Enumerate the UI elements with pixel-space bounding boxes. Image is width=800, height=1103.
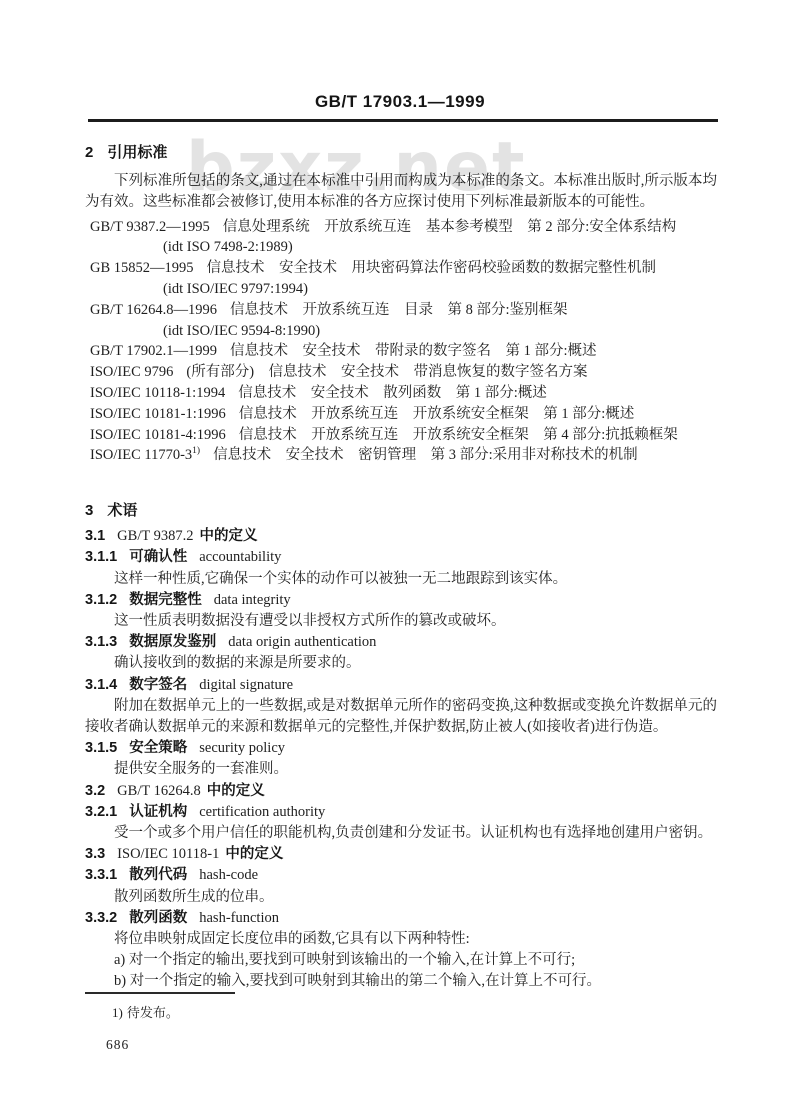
section-2-number: 2 [85, 144, 93, 161]
term-zh: 中的定义 [207, 783, 265, 799]
reference-code: ISO/IEC 9796 [90, 364, 173, 380]
footnote-block: 1)待发布。 [85, 992, 235, 1021]
section-3-heading: 3术语 [85, 500, 717, 521]
term-number: 3.2.1 [85, 804, 117, 820]
term-en: hash-function [199, 910, 279, 926]
reference-title: 信息技术 安全技术 密钥管理 第 3 部分:采用非对称技术的机制 [213, 447, 638, 463]
term-heading: 3.3.2散列函数hash-function [85, 908, 717, 929]
term-definition: 将位串映射成固定长度位串的函数,它具有以下两种特性: [85, 929, 717, 950]
section-2-intro: 下列标准所包括的条文,通过在本标准中引用而构成为本标准的条文。本标准出版时,所示… [85, 171, 717, 213]
term-en: digital signature [199, 677, 293, 693]
reference-code: GB/T 16264.8—1996 [90, 302, 217, 318]
reference-list: GB/T 9387.2—1995信息处理系统 开放系统互连 基本参考模型 第 2… [85, 217, 717, 467]
reference-idt: (idt ISO/IEC 9594-8:1990) [85, 321, 717, 342]
term-zh: 安全策略 [129, 740, 187, 756]
document-page: bzxz.net GB/T 17903.1—1999 2引用标准 下列标准所包括… [0, 0, 800, 1103]
footnote-marker-ref: 1) [192, 447, 200, 457]
term-number: 3.1.2 [85, 592, 117, 608]
reference-title: 信息技术 开放系统互连 开放系统安全框架 第 1 部分:概述 [239, 406, 635, 422]
term-definition: 提供安全服务的一套准则。 [85, 759, 717, 780]
reference-item: ISO/IEC 10181-4:1996信息技术 开放系统互连 开放系统安全框架… [85, 425, 717, 446]
footnote-body: 待发布。 [127, 1005, 179, 1020]
term-number: 3.1 [85, 528, 105, 544]
page-content: 2引用标准 下列标准所包括的条文,通过在本标准中引用而构成为本标准的条文。本标准… [85, 142, 717, 993]
term-heading: 3.3ISO/IEC 10118-1中的定义 [85, 844, 717, 865]
term-zh: 可确认性 [129, 549, 187, 565]
reference-title: 信息技术 开放系统互连 目录 第 8 部分:鉴别框架 [230, 302, 568, 318]
term-number: 3.2 [85, 783, 105, 799]
term-number: 3.1.1 [85, 549, 117, 565]
reference-title: 信息技术 安全技术 用块密码算法作密码校验函数的数据完整性机制 [207, 260, 657, 276]
term-heading: 3.2GB/T 16264.8中的定义 [85, 781, 717, 802]
term-en: data integrity [214, 592, 291, 608]
reference-idt: (idt ISO/IEC 9797:1994) [85, 279, 717, 300]
reference-item: GB/T 17902.1—1999信息技术 安全技术 带附录的数字签名 第 1 … [85, 341, 717, 362]
term-zh: 数字签名 [129, 677, 187, 693]
term-definition: 散列函数所生成的位串。 [85, 887, 717, 908]
reference-item: ISO/IEC 9796(所有部分) 信息技术 安全技术 带消息恢复的数字签名方… [85, 362, 717, 383]
reference-item: ISO/IEC 10118-1:1994信息技术 安全技术 散列函数 第 1 部… [85, 383, 717, 404]
reference-title: 信息技术 安全技术 散列函数 第 1 部分:概述 [238, 385, 547, 401]
footnote-marker: 1) [112, 1005, 123, 1020]
term-zh: 数据完整性 [129, 592, 202, 608]
term-source-code: ISO/IEC 10118-1 [117, 846, 219, 862]
term-source-code: GB/T 16264.8 [117, 783, 201, 799]
term-en: data origin authentication [228, 634, 376, 650]
term-number: 3.3.2 [85, 910, 117, 926]
reference-title: 信息处理系统 开放系统互连 基本参考模型 第 2 部分:安全体系结构 [223, 219, 677, 235]
reference-code: GB/T 9387.2—1995 [90, 219, 210, 235]
reference-item: GB/T 9387.2—1995信息处理系统 开放系统互连 基本参考模型 第 2… [85, 217, 717, 238]
term-heading: 3.1.5安全策略security policy [85, 738, 717, 759]
term-zh: 散列代码 [129, 867, 187, 883]
reference-item: GB 15852—1995信息技术 安全技术 用块密码算法作密码校验函数的数据完… [85, 258, 717, 279]
term-heading: 3.3.1散列代码hash-code [85, 865, 717, 886]
reference-code: GB/T 17902.1—1999 [90, 343, 217, 359]
term-en: hash-code [199, 867, 258, 883]
term-zh: 数据原发鉴别 [129, 634, 216, 650]
term-definition: 确认接收到的数据的来源是所要求的。 [85, 653, 717, 674]
term-definition: a) 对一个指定的输出,要找到可映射到该输出的一个输入,在计算上不可行; [85, 950, 717, 971]
term-heading: 3.1.2数据完整性data integrity [85, 590, 717, 611]
term-definition: b) 对一个指定的输入,要找到可映射到其输出的第二个输入,在计算上不可行。 [85, 971, 717, 992]
reference-title: 信息技术 安全技术 带附录的数字签名 第 1 部分:概述 [230, 343, 597, 359]
section-3-number: 3 [85, 502, 93, 519]
term-zh: 中的定义 [199, 528, 257, 544]
term-source-code: GB/T 9387.2 [117, 528, 193, 544]
term-number: 3.1.4 [85, 677, 117, 693]
term-definition: 附加在数据单元上的一些数据,或是对数据单元所作的密码变换,这种数据或变换允许数据… [85, 696, 717, 738]
term-heading: 3.1.3数据原发鉴别data origin authentication [85, 632, 717, 653]
term-en: accountability [199, 549, 281, 565]
term-number: 3.1.5 [85, 740, 117, 756]
term-definition: 这样一种性质,它确保一个实体的动作可以被独一无二地跟踪到该实体。 [85, 569, 717, 590]
term-zh: 认证机构 [129, 804, 187, 820]
term-number: 3.3 [85, 846, 105, 862]
reference-code: ISO/IEC 10181-1:1996 [90, 406, 226, 422]
term-zh: 中的定义 [225, 846, 283, 862]
reference-title: (所有部分) 信息技术 安全技术 带消息恢复的数字签名方案 [186, 364, 587, 380]
section-3-title: 术语 [107, 501, 137, 519]
reference-title: 信息技术 开放系统互连 开放系统安全框架 第 4 部分:抗抵赖框架 [239, 427, 678, 443]
terms-list: 3.1GB/T 9387.2中的定义3.1.1可确认性accountabilit… [85, 526, 717, 992]
reference-item: ISO/IEC 11770-31)信息技术 安全技术 密钥管理 第 3 部分:采… [85, 445, 717, 466]
term-number: 3.1.3 [85, 634, 117, 650]
footnote-rule [85, 992, 235, 994]
reference-code: ISO/IEC 10181-4:1996 [90, 427, 226, 443]
reference-idt: (idt ISO 7498-2:1989) [85, 237, 717, 258]
reference-item: ISO/IEC 10181-1:1996信息技术 开放系统互连 开放系统安全框架… [85, 404, 717, 425]
term-zh: 散列函数 [129, 910, 187, 926]
term-heading: 3.1.4数字签名digital signature [85, 675, 717, 696]
header-rule [88, 119, 718, 122]
reference-code: ISO/IEC 11770-31) [90, 447, 200, 463]
reference-item: GB/T 16264.8—1996信息技术 开放系统互连 目录 第 8 部分:鉴… [85, 300, 717, 321]
term-heading: 3.1.1可确认性accountability [85, 547, 717, 568]
page-number: 686 [106, 1037, 129, 1053]
term-heading: 3.2.1认证机构certification authority [85, 802, 717, 823]
reference-code: GB 15852—1995 [90, 260, 194, 276]
term-definition: 受一个或多个用户信任的职能机构,负责创建和分发证书。认证机构也有选择地创建用户密… [85, 823, 717, 844]
term-number: 3.3.1 [85, 867, 117, 883]
section-2-heading: 2引用标准 [85, 142, 717, 163]
term-en: security policy [199, 740, 285, 756]
term-heading: 3.1GB/T 9387.2中的定义 [85, 526, 717, 547]
term-definition: 这一性质表明数据没有遭受以非授权方式所作的篡改或破坏。 [85, 611, 717, 632]
reference-code: ISO/IEC 10118-1:1994 [90, 385, 225, 401]
doc-number: GB/T 17903.1—1999 [0, 92, 800, 112]
term-en: certification authority [199, 804, 325, 820]
footnote-text: 1)待发布。 [85, 1002, 235, 1021]
section-2-title: 引用标准 [107, 143, 167, 161]
